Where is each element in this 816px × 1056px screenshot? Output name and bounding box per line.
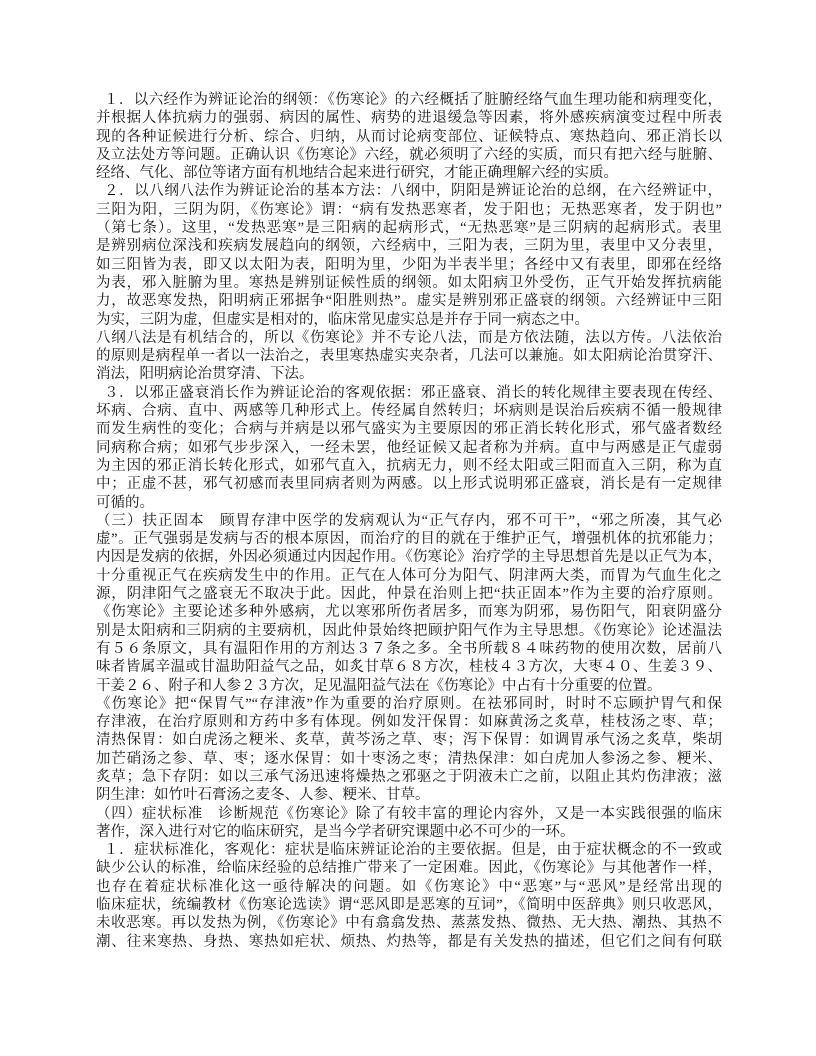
document-line: 十分重视正气在疾病发生中的作用。正气在人体可分为阳气、阴津两大类，而胃为气血生化… — [96, 567, 722, 585]
document-line: 坏病、合病、直中、两感等几种形式上。传经属自然转归；坏病则是误治后疾病不循一般规… — [96, 402, 722, 420]
document-line: 经络、气化、部位等诸方面有机地结合起来进行研究，才能正确理解六经的实质。 — [96, 164, 722, 182]
document-line: 的原则是病程单一者以一法治之，表里寒热虚实夹杂者，几法可以兼施。如太阳病论治贯穿… — [96, 347, 722, 365]
document-line: 《伤寒论》主要论述多种外感病，尤以寒邪所伤者居多，而寒为阴邪，易伤阳气，阳衰阴盛… — [96, 603, 722, 621]
document-line: 有５６条原文，具有温阳作用的方剂达３７条之多。全书所载８４味药物的使用次数，居前… — [96, 640, 722, 658]
document-line: 如三阳皆为表，即又以太阳为表，阳明为里，少阳为半表半里；各经中又有表里，即邪在经… — [96, 256, 722, 274]
document-line: （第七条）。这里，“发热恶寒”是三阳病的起病形式，“无热恶寒”是三阴病的起病形式… — [96, 219, 722, 237]
document-line: （三）扶正固本 顾胃存津中医学的发病观认为“正气存内，邪不可干”，“邪之所凑，其… — [96, 512, 722, 530]
document-line: ３．以邪正盛衰消长作为辨证论治的客观依据：邪正盛衰、消长的转化规律主要表现在传经… — [96, 384, 722, 402]
document-line: 也存在着症状标准化这一亟待解决的问题。如《伤寒论》中“恶寒”与“恶风”是经常出现… — [96, 878, 722, 896]
document-page: １．以六经作为辨证论治的纲领：《伤寒论》的六经概括了脏腑经络气血生理功能和病理变… — [0, 0, 816, 1056]
document-line: 阴生津：如竹叶石膏汤之麦冬、人参、粳米、甘草。 — [96, 786, 722, 804]
document-line: 可循的。 — [96, 494, 722, 512]
document-line: 存津液，在治疗原则和方药中多有体现。例如发汗保胃：如麻黄汤之炙草，桂枝汤之枣、草… — [96, 713, 722, 731]
document-line: ２．以八纲八法作为辨证论治的基本方法：八纲中，阴阳是辨证论治的总纲，在六经辨证中… — [96, 182, 722, 200]
document-line: 内因是发病的依据，外因必须通过内因起作用。《伤寒论》治疗学的主导思想首先是以正气… — [96, 548, 722, 566]
document-line: １．症状标准化，客观化：症状是临床辨证论治的主要依据。但是，由于症状概念的不一致… — [96, 841, 722, 859]
document-line: 缺少公认的标准，给临床经验的总结推广带来了一定困难。因此，《伤寒论》与其他著作一… — [96, 859, 722, 877]
document-line: 是辨别病位深浅和疾病发展趋向的纲领，六经病中，三阳为表，三阴为里，表里中又分表里… — [96, 237, 722, 255]
document-line: 三阳为阳，三阴为阴，《伤寒论》谓：“病有发热恶寒者，发于阳也；无热恶寒者，发于阴… — [96, 201, 722, 219]
document-line: 潮、往来寒热、身热、寒热如疟状、烦热、灼热等，都是有关发热的描述，但它们之间有何… — [96, 933, 722, 951]
document-line: 加芒硝汤之参、草、枣；逐水保胃：如十枣汤之枣；清热保津：如白虎加人参汤之参、粳米… — [96, 750, 722, 768]
document-body: １．以六经作为辨证论治的纲领：《伤寒论》的六经概括了脏腑经络气血生理功能和病理变… — [96, 91, 722, 951]
document-line: 干姜２６、附子和人参２３方次，足见温阳益气法在《伤寒论》中占有十分重要的位置。 — [96, 677, 722, 695]
document-line: 消法，阳明病论治贯穿清、下法。 — [96, 365, 722, 383]
document-line: 味者皆属辛温或甘温助阳益气之品，如炙甘草６８方次，桂枝４３方次，大枣４０、生姜３… — [96, 658, 722, 676]
document-line: 而发生病性的变化；合病与并病是以邪气盛实为主要原因的邪正消长转化形式，邪气盛者数… — [96, 420, 722, 438]
document-line: （四）症状标准 诊断规范《伤寒论》除了有较丰富的理论内容外，又是一本实践很强的临… — [96, 805, 722, 823]
document-line: 炙草；急下存阴：如以三承气汤迅速将燥热之邪驱之于阴液未亡之前，以阻止其灼伤津液；… — [96, 768, 722, 786]
document-line: 现的各种证候进行分析、综合、归纳，从而讨论病变部位、证候特点、寒热趋向、邪正消长… — [96, 128, 722, 146]
document-line: １．以六经作为辨证论治的纲领：《伤寒论》的六经概括了脏腑经络气血生理功能和病理变… — [96, 91, 722, 109]
document-line: 及立法处方等问题。正确认识《伤寒论》六经，就必须明了六经的实质，而只有把六经与脏… — [96, 146, 722, 164]
document-line: 力，故恶寒发热，阳明病正邪据争“阳胜则热”。虚实是辨别邪正盛衰的纲领。六经辨证中… — [96, 292, 722, 310]
document-line: 源，阴津阳气之盛衰无不取决于此。因此，仲景在治则上把“扶正固本”作为主要的治疗原… — [96, 585, 722, 603]
document-line: 为实，三阴为虚，但虚实是相对的，临床常见虚实总是并存于同一病态之中。 — [96, 311, 722, 329]
document-line: 清热保胃：如白虎汤之粳米、炙草，黄芩汤之草、枣；泻下保胃：如调胃承气汤之炙草，柴… — [96, 731, 722, 749]
document-line: 《伤寒论》把“保胃气”“存津液”作为重要的治疗原则。在祛邪同时，时时不忘顾护胃气… — [96, 695, 722, 713]
document-line: 同病称合病；如邪气步步深入，一经未罢，他经证候又起者称为并病。直中与两感是正气虚… — [96, 439, 722, 457]
document-line: 八纲八法是有机结合的，所以《伤寒论》并不专论八法，而是方依法随，法以方传。八法依… — [96, 329, 722, 347]
document-line: 为表，邪入脏腑为里。寒热是辨别证候性质的纲领。如太阳病卫外受伤，正气开始发挥抗病… — [96, 274, 722, 292]
document-line: 未收恶寒。再以发热为例，《伤寒论》中有翕翕发热、蒸蒸发热、微热、无大热、潮热、其… — [96, 914, 722, 932]
document-line: 为主因的邪正消长转化形式，如邪气直入，抗病无力，则不经太阳或三阳而直入三阴，称为… — [96, 457, 722, 475]
document-line: 虚”。正气强弱是发病与否的根本原因，而治疗的目的就在于维护正气，增强机体的抗邪能… — [96, 530, 722, 548]
document-line: 并根据人体抗病力的强弱、病因的属性、病势的进退缓急等因素，将外感疾病演变过程中所… — [96, 109, 722, 127]
document-line: 别是太阳病和三阴病的主要病机，因此仲景始终把顾护阳气作为主导思想。《伤寒论》论述… — [96, 622, 722, 640]
document-line: 临床症状，统编教材《伤寒论选读》谓“恶风即是恶寒的互词”，《简明中医辞典》则只收… — [96, 896, 722, 914]
document-line: 著作，深入进行对它的临床研究，是当今学者研究课题中必不可少的一环。 — [96, 823, 722, 841]
document-line: 中；正虚不甚，邪气初感而表里同病者则为两感。以上形式说明邪正盛衰，消长是有一定规… — [96, 475, 722, 493]
